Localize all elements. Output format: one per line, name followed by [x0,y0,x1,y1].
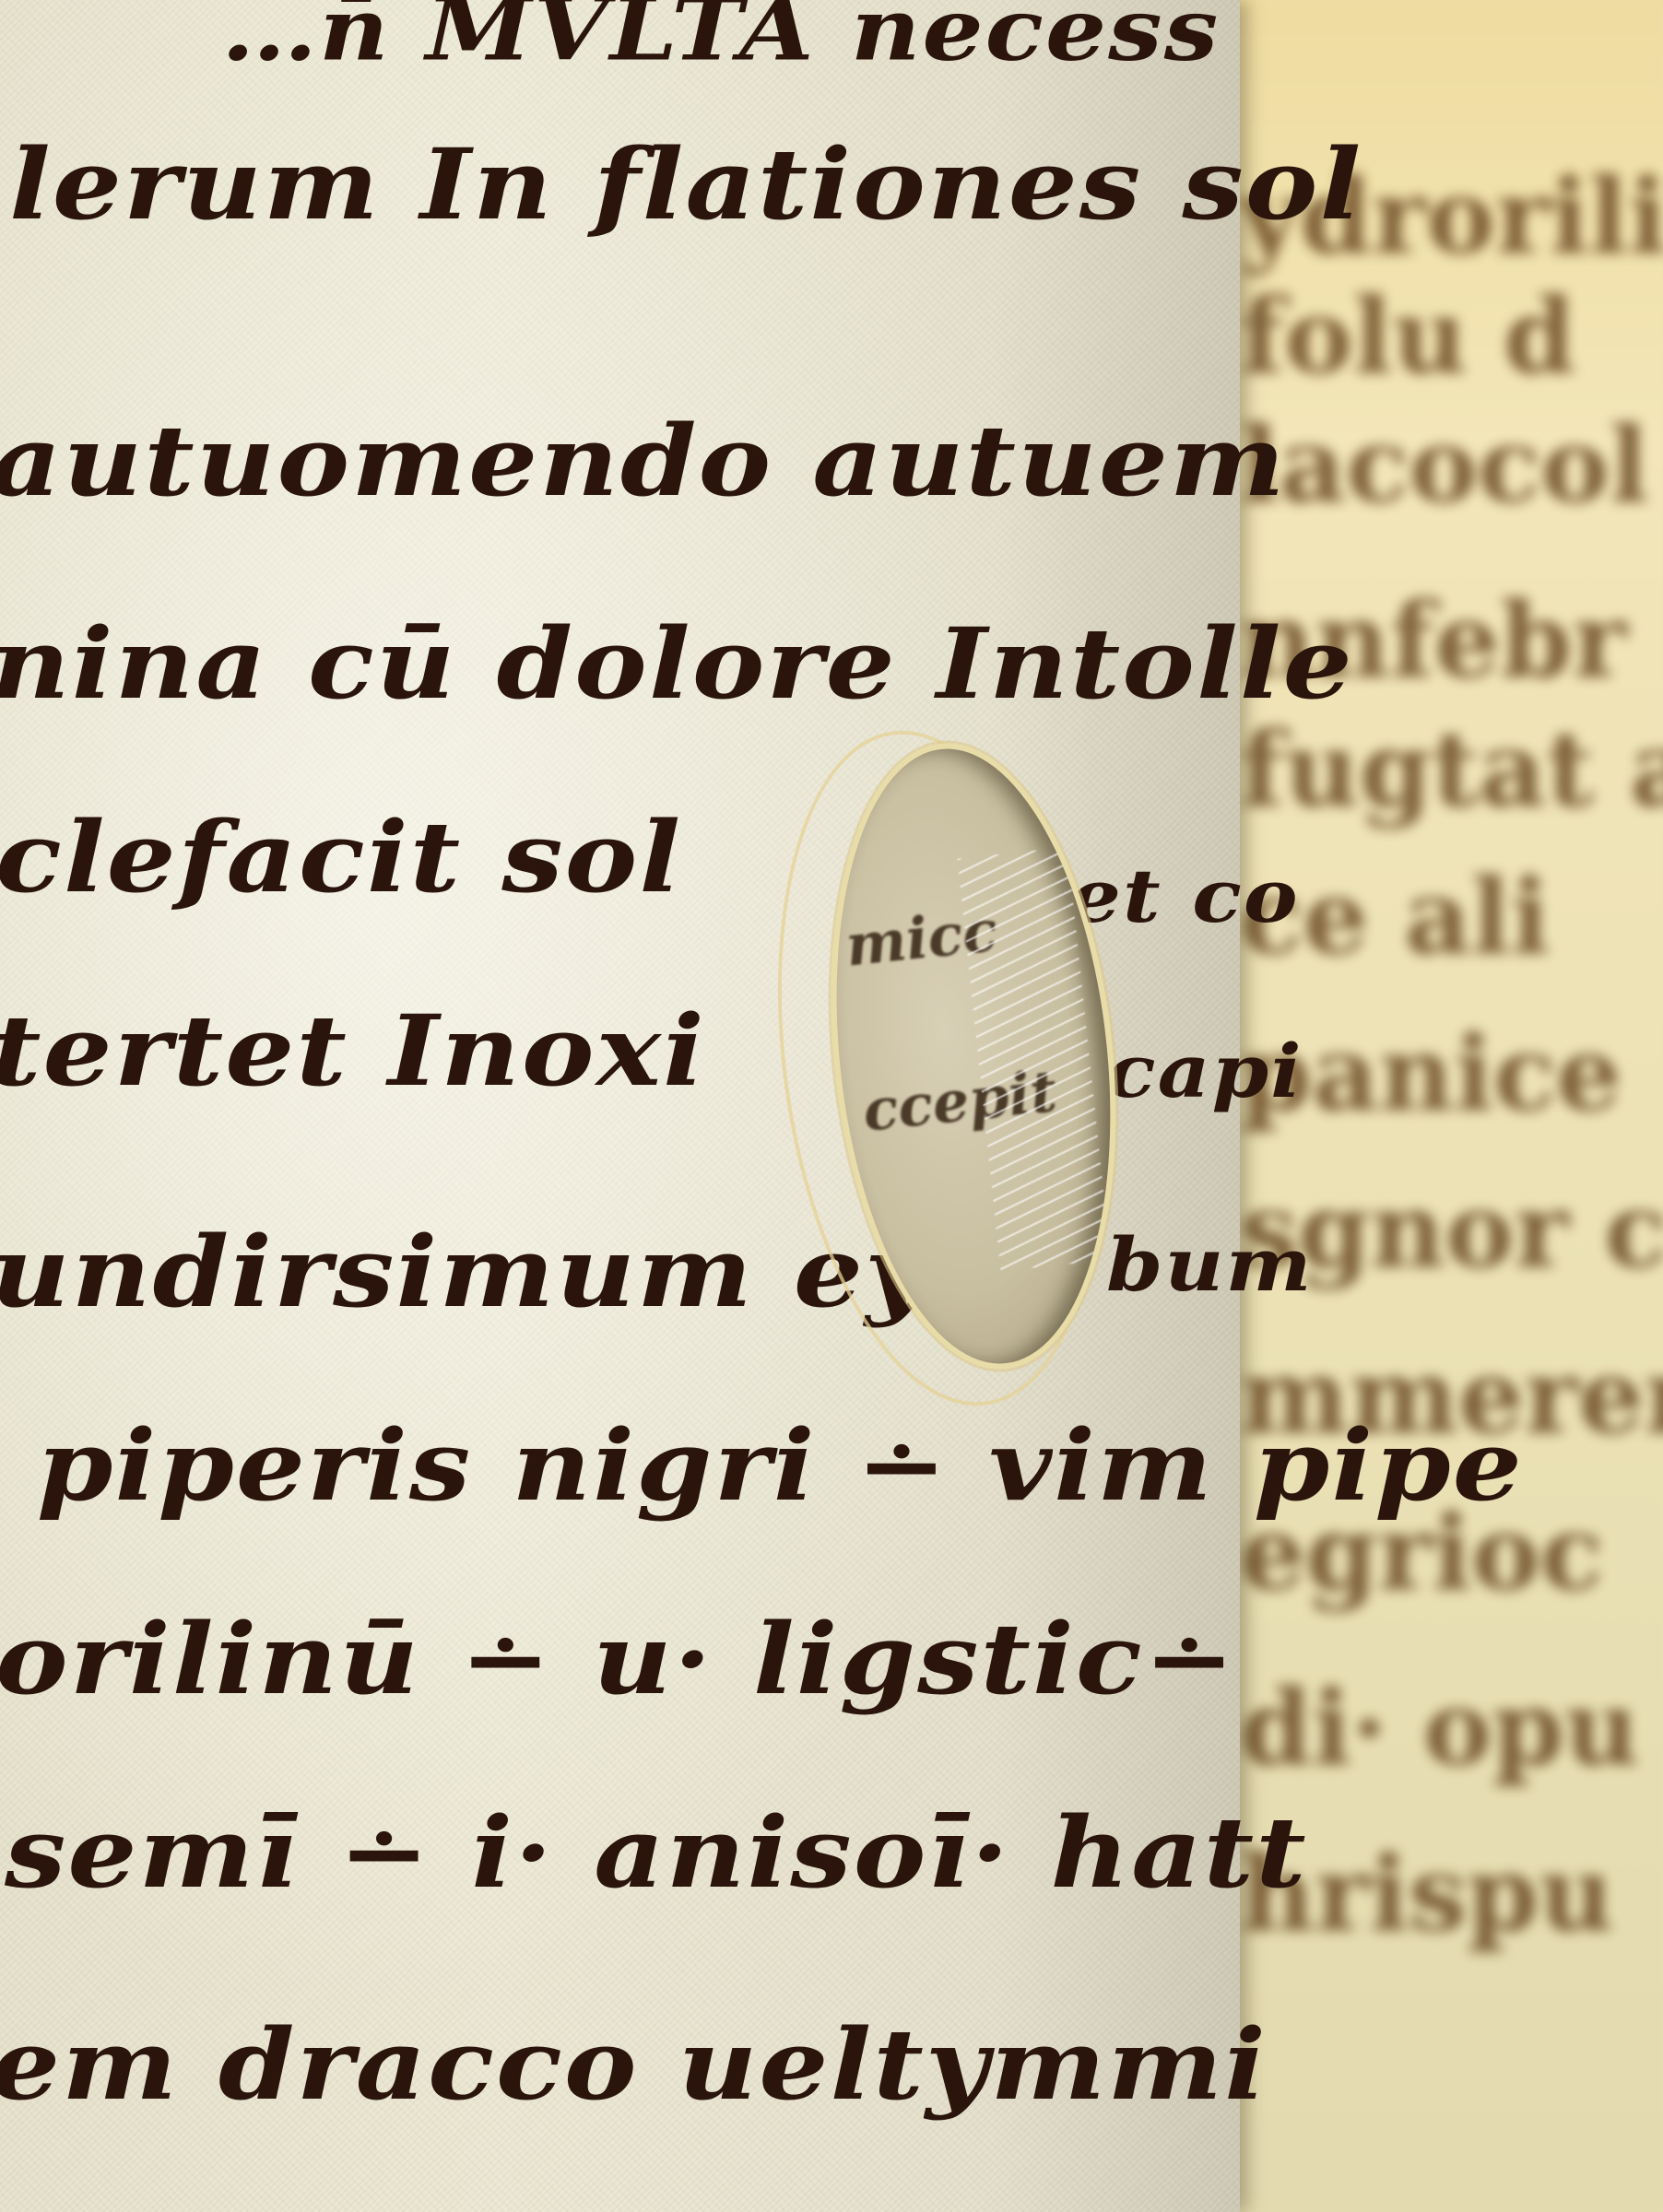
manuscript-line: lerum In flationes sol [9,126,1362,241]
manuscript-line: et co [1069,853,1300,939]
manuscript-photo: ydrorili folu d lacocol nnfebr fugtat a … [0,0,1663,2212]
manuscript-line: undirsimum ey [0,1214,930,1329]
right-page-line: lacocol [1240,406,1648,526]
manuscript-line: em dracco ueltymmi [0,2006,1268,2122]
manuscript-line: nina cū dolore Intolle [0,606,1354,721]
manuscript-line: clefacit sol [0,799,682,914]
right-page-line: fugtat a [1240,710,1663,830]
manuscript-line: orilinū ∸ u· ligstic∸ [0,1601,1237,1716]
manuscript-line: autuomendo autuem [0,403,1287,518]
right-page-line: di· opu [1240,1668,1639,1789]
manuscript-line: bum [1106,1221,1314,1308]
manuscript-line: tertet Inoxi [0,993,706,1108]
right-page-line: folu d [1240,276,1575,397]
manuscript-line: …n̄ MVLTA necess [221,0,1220,80]
manuscript-line: piperis nigri ∸ vim pipe [37,1407,1524,1523]
manuscript-line: capi [1106,1028,1303,1114]
manuscript-line: semī ∸ i· anisoī· hatt [5,1794,1308,1910]
